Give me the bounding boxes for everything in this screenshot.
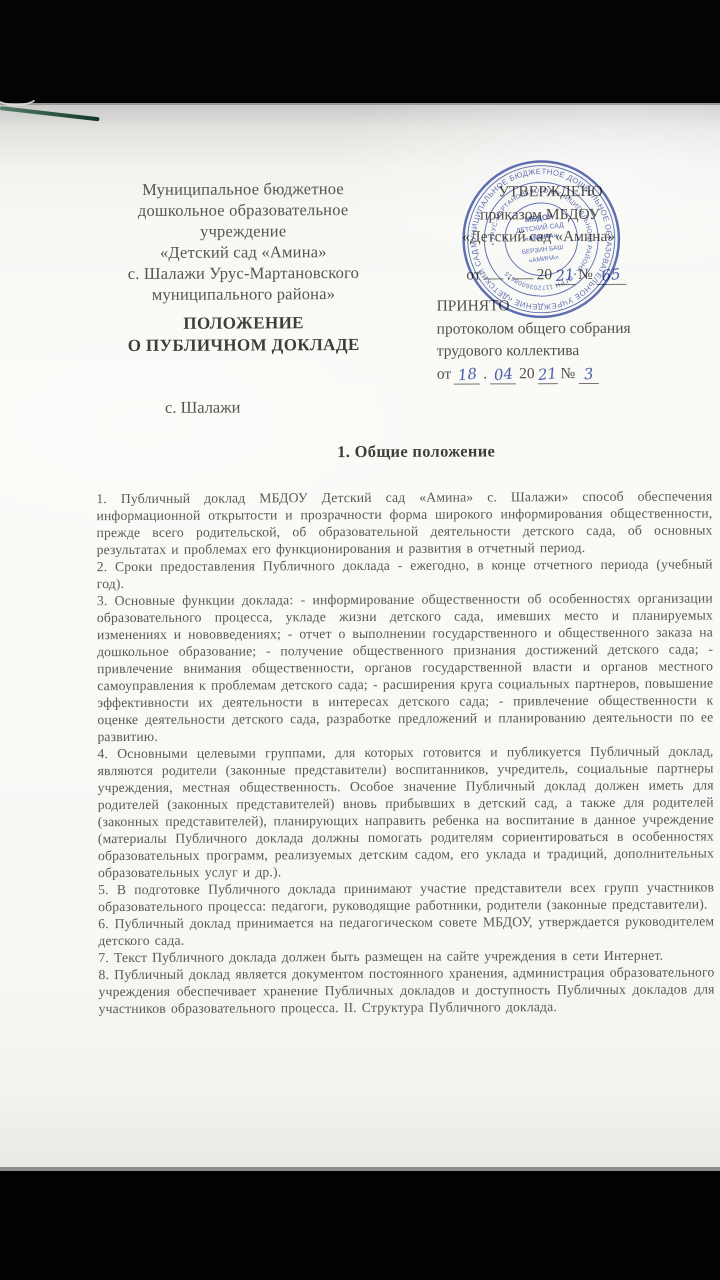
stamp-center-line: «АМИНА»: [524, 232, 558, 243]
paragraph: 6. Публичный доклад принимается на педаг…: [98, 912, 714, 949]
org-line: учреждение: [91, 220, 395, 242]
protocol-day-blank: 18: [454, 366, 480, 384]
protocol-sep: .: [483, 365, 487, 382]
accepted-by-line: трудового коллектива: [437, 339, 717, 363]
stamp-center-line: МБДОУ: [524, 212, 553, 224]
organization-name-block: Муниципальное бюджетное дошкольное образ…: [91, 178, 396, 305]
org-line: Муниципальное бюджетное: [91, 178, 395, 200]
paragraph: 5. В подготовке Публичного доклада прини…: [98, 878, 714, 915]
protocol-month-handwritten: 04: [493, 366, 514, 383]
protocol-year-blank: 21: [538, 366, 558, 384]
paragraph: 2. Сроки предоставления Публичного докла…: [97, 555, 713, 592]
place-label: с. Шалажи: [165, 398, 241, 418]
document-title: ПОЛОЖЕНИЕ О ПУБЛИЧНОМ ДОКЛАДЕ: [92, 312, 396, 357]
scanner-top-band: [0, 0, 720, 105]
title-line: О ПУБЛИЧНОМ ДОКЛАДЕ: [92, 334, 396, 357]
document-content: Муниципальное бюджетное дошкольное образ…: [0, 0, 720, 1280]
official-round-stamp: МУНИЦИПАЛЬНОЕ БЮДЖЕТНОЕ ДОШКОЛЬНОЕ ОБРАЗ…: [443, 141, 640, 338]
paragraph: 3. Основные функции доклада: - информиро…: [97, 589, 714, 745]
stamp-center-line: «АМИНА»: [528, 254, 559, 265]
section-heading: 1. Общие положение: [96, 440, 720, 463]
org-line: дошкольное образовательное: [91, 199, 395, 221]
protocol-no-label: №: [561, 365, 576, 382]
protocol-year-handwritten: 21: [537, 366, 558, 383]
protocol-year-printed: 20: [519, 365, 535, 382]
paragraph: 4. Основными целевыми группами, для кото…: [97, 742, 714, 881]
paragraph: 1. Публичный доклад МБДОУ Детский сад «А…: [96, 487, 712, 558]
body-text: 1. Публичный доклад МБДОУ Детский сад «А…: [96, 487, 714, 1017]
scanner-bottom-band: [0, 1171, 720, 1280]
protocol-no-handwritten: 3: [583, 366, 594, 382]
org-line: «Детский сад «Амина»: [91, 241, 395, 263]
protocol-no-blank: 3: [578, 365, 598, 383]
protocol-month-blank: 04: [490, 366, 516, 384]
protocol-date-line: от18.042021№3: [437, 362, 717, 386]
title-line: ПОЛОЖЕНИЕ: [92, 312, 396, 335]
protocol-prefix: от: [437, 365, 451, 382]
org-line: с. Шалажи Урус-Мартановского: [91, 262, 395, 284]
protocol-day-handwritten: 18: [457, 366, 478, 383]
paragraph: 8. Публичный доклад является документом …: [98, 963, 714, 1017]
scanned-page: Муниципальное бюджетное дошкольное образ…: [0, 0, 720, 1280]
org-line: муниципального района»: [91, 283, 395, 305]
